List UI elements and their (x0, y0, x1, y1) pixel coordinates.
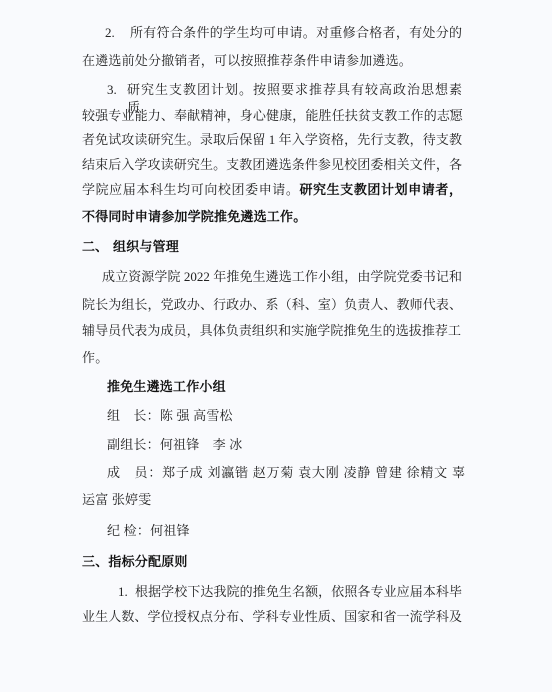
working-group-title: 推免生遴选工作小组 (107, 378, 226, 396)
deputy-leader-row: 副组长：何祖锋 李 冰 (107, 436, 242, 454)
item-3-line-5: 学院应届本科生均可向校团委申请。研究生支教团计划申请者， (82, 181, 462, 199)
section-3-title: 指标分配原则 (108, 554, 187, 569)
section-2-para-line-3: 辅导员代表为成员，具体负责组织和实施学院推免生的选拔推荐工 (82, 322, 461, 340)
section-3-item-1-line-2: 业生人数、学位授权点分布、学科专业性质、国家和省一流学科及 (82, 608, 462, 626)
discipline-inspection-row: 纪 检：何祖锋 (107, 522, 190, 540)
members-names-line-2: 运富 张婷雯 (82, 491, 151, 509)
section-2-heading: 二、组织与管理 (82, 238, 179, 256)
item-2-number: 2. (105, 24, 130, 42)
section-3-item-1-line-1: 1.根据学校下达我院的推免生名额，依照各专业应届本科毕 (118, 583, 462, 601)
item-3-line-4: 结束后入学攻读研究生。支教团遴选条件参见校团委相关文件，各 (82, 156, 462, 174)
section-3-number: 三、 (82, 554, 108, 569)
deputy-leader-names: 何祖锋 李 冰 (160, 437, 243, 452)
document-page: 2.所有符合条件的学生均可申请。对重修合格者，有处分的 在遴选前处分撤销者，可以… (0, 0, 552, 692)
members-names-line-1: 郑子成 刘瀛锴 赵万菊 袁大刚 凌静 曾建 徐精文 辜 (162, 465, 465, 480)
group-leader-row: 组 长：陈 强 高雪松 (107, 407, 233, 425)
deputy-leader-label: 副组长： (107, 437, 160, 452)
item-2-line-2: 在遴选前处分撤销者，可以按照推荐条件申请参加遴选。 (82, 52, 412, 70)
members-row: 成 员：郑子成 刘瀛锴 赵万菊 袁大刚 凌静 曾建 徐精文 辜 (107, 464, 465, 482)
section-2-para-line-4: 作。 (82, 349, 108, 367)
item-3-line-3: 者免试攻读研究生。录取后保留 1 年入学资格，先行支教，待支教 (82, 131, 462, 149)
item-3-line-5-text: 学院应届本科生均可向校团委申请。 (82, 182, 299, 197)
item-3-line-1: 3.研究生支教团计划。按照要求推荐具有较高政治思想素质、 (107, 81, 463, 99)
group-leader-names: 陈 强 高雪松 (160, 408, 233, 423)
discipline-inspection-names: 何祖锋 (150, 523, 190, 538)
item-2-text: 所有符合条件的学生均可申请。对重修合格者，有处分的 (130, 24, 462, 42)
item-3-emphasis-2: 不得同时申请参加学院推免遴选工作。 (82, 208, 306, 226)
section-2-para-line-1: 成立资源学院 2022 年推免生遴选工作小组，由学院党委书记和 (102, 268, 462, 286)
item-3-number: 3. (107, 81, 127, 99)
section-2-para-line-2: 院长为组长，党政办、行政办、系（科、室）负责人、教师代表、 (82, 296, 462, 314)
item-3-emphasis-1: 研究生支教团计划申请者， (299, 182, 462, 197)
section-3-item-1-number: 1. (118, 583, 135, 601)
group-leader-label: 组 长： (107, 408, 160, 423)
item-3-line-2: 较强专业能力、奉献精神，身心健康，能胜任扶贫支教工作的志愿 (82, 107, 463, 125)
section-3-item-1-text: 根据学校下达我院的推免生名额，依照各专业应届本科毕 (135, 583, 462, 601)
section-2-number: 二、 (82, 238, 113, 256)
item-2-line-1: 2.所有符合条件的学生均可申请。对重修合格者，有处分的 (105, 24, 462, 42)
section-3-heading: 三、指标分配原则 (82, 553, 188, 571)
members-label: 成 员： (107, 465, 162, 480)
section-2-title: 组织与管理 (113, 238, 179, 256)
discipline-inspection-label: 纪 检： (107, 523, 150, 538)
